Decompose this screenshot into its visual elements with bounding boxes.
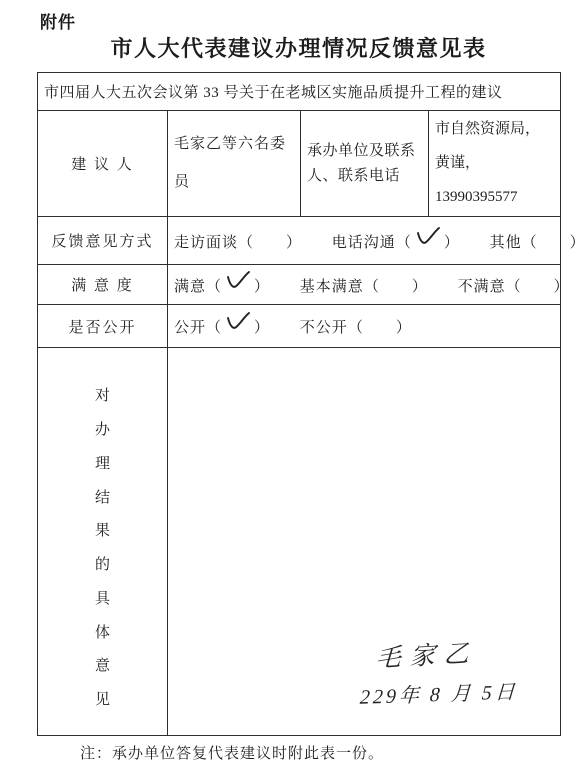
checkbox-slot [380, 274, 412, 294]
checkbox-slot [222, 274, 254, 294]
option-not-satisfied: 不满意（） [458, 274, 570, 296]
opinion-content-cell: 毛家乙 229年 8 月 5日 [168, 348, 561, 736]
feedback-method-label: 反馈意见方式 [38, 217, 168, 265]
footnote: 注：承办单位答复代表建议时附此表一份。 [80, 742, 384, 763]
proposer-value: 毛家乙等六名委员 [168, 111, 301, 217]
satisfaction-row: 满 意 度 满意（） 基本满意（） 不满意（） [38, 265, 561, 305]
check-mark-icon [415, 226, 441, 248]
checkbox-slot [254, 230, 286, 250]
checkbox-slot [364, 315, 396, 335]
option-other: 其他（） [490, 230, 583, 252]
feedback-form-table: 市四届人大五次会议第 33 号关于在老城区实施品质提升工程的建议 建 议 人 毛… [37, 72, 561, 736]
signature-handwriting: 毛家乙 [375, 634, 479, 675]
satisfaction-label: 满 意 度 [38, 265, 168, 305]
checkbox-slot [538, 230, 570, 250]
feedback-method-options: 走访面谈（） 电话沟通（） 其他（） [168, 217, 561, 265]
checkbox-slot [412, 230, 444, 250]
document-page: 附件 市人大代表建议办理情况反馈意见表 市四届人大五次会议第 33 号关于在老城… [0, 0, 583, 780]
option-text: 电话沟通 [332, 235, 396, 251]
option-text: 其他 [490, 235, 522, 251]
disclosure-label: 是否公开 [38, 305, 168, 348]
check-mark-icon [225, 311, 251, 333]
option-text: 基本满意 [300, 279, 364, 295]
subject-row: 市四届人大五次会议第 33 号关于在老城区实施品质提升工程的建议 [38, 73, 561, 111]
disclosure-row: 是否公开 公开（） 不公开（） [38, 305, 561, 348]
attachment-label: 附件 [40, 8, 76, 33]
feedback-method-row: 反馈意见方式 走访面谈（） 电话沟通（） 其他（） [38, 217, 561, 265]
option-satisfied: 满意（） [174, 274, 270, 296]
option-text: 不满意 [458, 279, 506, 295]
option-not-public: 不公开（） [300, 315, 412, 337]
checkbox-slot [522, 274, 554, 294]
option-basically-satisfied: 基本满意（） [300, 274, 428, 296]
option-text: 走访面谈 [174, 235, 238, 251]
check-mark-icon [225, 270, 251, 292]
opinion-label-cell: 对 办 理 结 果 的 具 体 意 见 [38, 348, 168, 736]
option-text: 满意 [174, 279, 206, 295]
signature-date-handwriting: 229年 8 月 5日 [359, 675, 518, 710]
satisfaction-options: 满意（） 基本满意（） 不满意（） [168, 265, 561, 305]
handler-phone: 13990395577 [435, 181, 554, 215]
handler-contact-name: 黄谨， [435, 147, 554, 181]
option-phone-communication: 电话沟通（） [332, 230, 460, 252]
page-title: 市人大代表建议办理情况反馈意见表 [37, 32, 560, 63]
disclosure-options: 公开（） 不公开（） [168, 305, 561, 348]
proposer-label: 建 议 人 [38, 111, 168, 217]
option-text: 不公开 [300, 320, 348, 336]
proposer-row: 建 议 人 毛家乙等六名委员 承办单位及联系人、联系电话 市自然资源局， 黄谨，… [38, 111, 561, 217]
handler-org: 市自然资源局， [435, 113, 554, 147]
checkbox-slot [222, 315, 254, 335]
opinion-row: 对 办 理 结 果 的 具 体 意 见 毛家乙 229年 8 月 5日 [38, 348, 561, 736]
opinion-vertical-label: 对 办 理 结 果 的 具 体 意 见 [44, 350, 161, 733]
handler-label: 承办单位及联系人、联系电话 [301, 111, 429, 217]
option-text: 公开 [174, 320, 206, 336]
option-public: 公开（） [174, 315, 270, 337]
option-visit-interview: 走访面谈（） [174, 230, 302, 252]
handler-value: 市自然资源局， 黄谨， 13990395577 [429, 111, 561, 217]
subject-cell: 市四届人大五次会议第 33 号关于在老城区实施品质提升工程的建议 [38, 73, 561, 111]
